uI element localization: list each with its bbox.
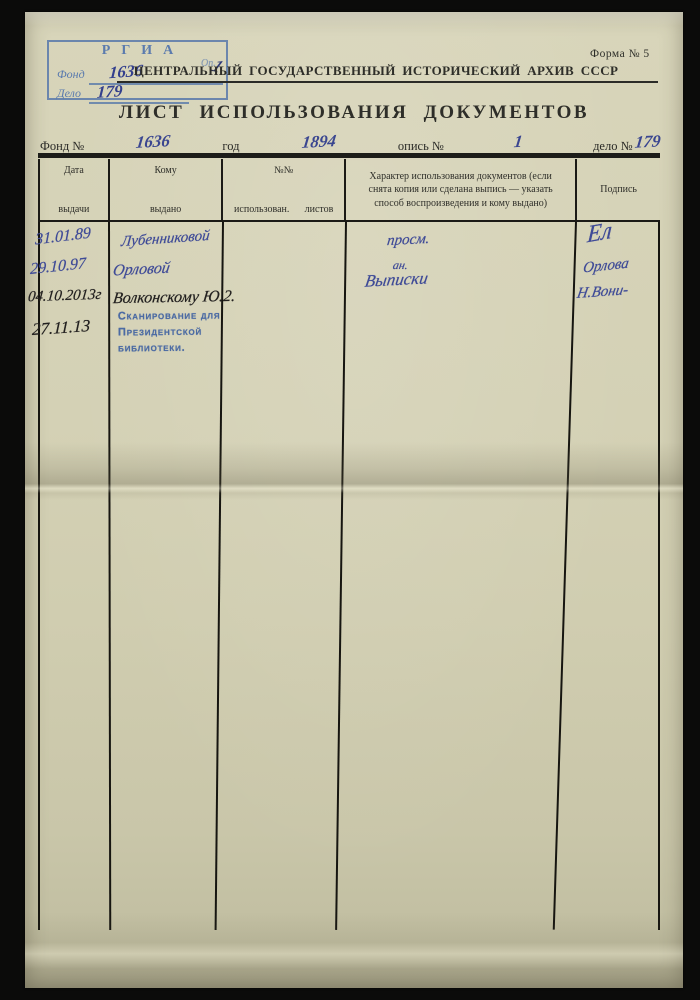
- table-header: Дата выдачи Кому выдано №№ использован. …: [38, 159, 660, 222]
- entry-2-signature: Орлова: [582, 255, 630, 277]
- table-rule-right: [658, 222, 660, 930]
- scanning-stamp-line3: библиотеки.: [118, 340, 221, 357]
- col-header-sheets: №№ использован. листов: [223, 159, 346, 220]
- scanned-page: РГИА Фонд 1636 Дело 179 Оп. 1 Форма № 5 …: [25, 12, 683, 988]
- col-recipient-line2: выдано: [113, 203, 219, 217]
- table-rule-col4: [553, 222, 577, 930]
- col-usage-line3: способ воспроизведения и кому выдано): [349, 197, 572, 211]
- table-rule-col1: [108, 222, 111, 930]
- form-fields-line: Фонд № 1636 год 1894 опись № 1 дело № 17…: [38, 133, 660, 155]
- col-sheets-word2: листов: [305, 203, 334, 217]
- col-header-usage: Характер использования документов (если …: [346, 159, 577, 220]
- entry-3-signature: Н.Вони-: [576, 282, 630, 303]
- organization-header: ЦЕНТРАЛЬНЫЙ ГОСУДАРСТВЕННЫЙ ИСТОРИЧЕСКИЙ…: [93, 63, 659, 79]
- entry-1-usage: просм.: [386, 231, 431, 250]
- scanning-stamp-line2: Президентской: [118, 324, 221, 341]
- entry-3-date: 04.10.2013г: [27, 287, 102, 307]
- col-header-recipient: Кому выдано: [110, 159, 224, 220]
- delo-value: 179: [633, 131, 661, 152]
- bottom-crease: [25, 912, 683, 988]
- entry-2-recipient: Орловой: [112, 259, 172, 280]
- opis-field: 1: [446, 133, 591, 155]
- col-header-date: Дата выдачи: [40, 159, 110, 220]
- opis-value: 1: [513, 132, 524, 153]
- col-usage-line1: Характер использования документов (если: [349, 170, 572, 184]
- year-field: 1894: [242, 133, 396, 155]
- col-date-line1: Дата: [43, 164, 105, 178]
- stamp-fond-label: Фонд: [57, 67, 85, 82]
- year-value: 1894: [300, 131, 336, 153]
- form-number: Форма № 5: [590, 48, 650, 60]
- col-sheets-line1: №№: [226, 164, 341, 178]
- table-rule-col3: [335, 222, 347, 930]
- scanning-stamp: Сканирование для Президентской библиотек…: [118, 309, 221, 358]
- entry-4-date: 27.11.13: [32, 316, 91, 340]
- stamp-delo-label: Дело: [57, 86, 81, 101]
- page-title: ЛИСТ ИСПОЛЬЗОВАНИЯ ДОКУМЕНТОВ: [25, 102, 683, 124]
- col-date-line2: выдачи: [43, 203, 105, 217]
- stamp-delo-value: 179: [96, 81, 123, 103]
- col-signature-line1: Подпись: [580, 183, 657, 197]
- col-recipient-line1: Кому: [113, 164, 219, 178]
- col-sheets-word1: использован.: [234, 203, 289, 217]
- double-rule: [38, 153, 660, 158]
- entry-3-recipient: Волконскому Ю.2.: [112, 288, 237, 308]
- rgia-acronym: РГИА: [49, 43, 226, 59]
- col-sheets-line2: использован. листов: [226, 203, 341, 217]
- col-header-signature: Подпись: [577, 159, 660, 220]
- entry-1-recipient: Лубенниковой: [120, 228, 210, 251]
- entry-2-usage: Выписки: [363, 268, 429, 291]
- delo-field: 179: [635, 133, 661, 155]
- paper-edge-highlight: [25, 12, 683, 26]
- entry-1-date: 31.01.89: [35, 225, 91, 250]
- entry-1-signature: Ел: [586, 217, 613, 249]
- fold-crease: [25, 442, 683, 500]
- fond-value: 1636: [135, 131, 171, 153]
- col-usage-line2: снята копия или сделана выпись — указать: [349, 183, 572, 197]
- organization-underline: [117, 81, 658, 83]
- scanning-stamp-line1: Сканирование для: [118, 309, 221, 326]
- fond-field: 1636: [86, 133, 220, 155]
